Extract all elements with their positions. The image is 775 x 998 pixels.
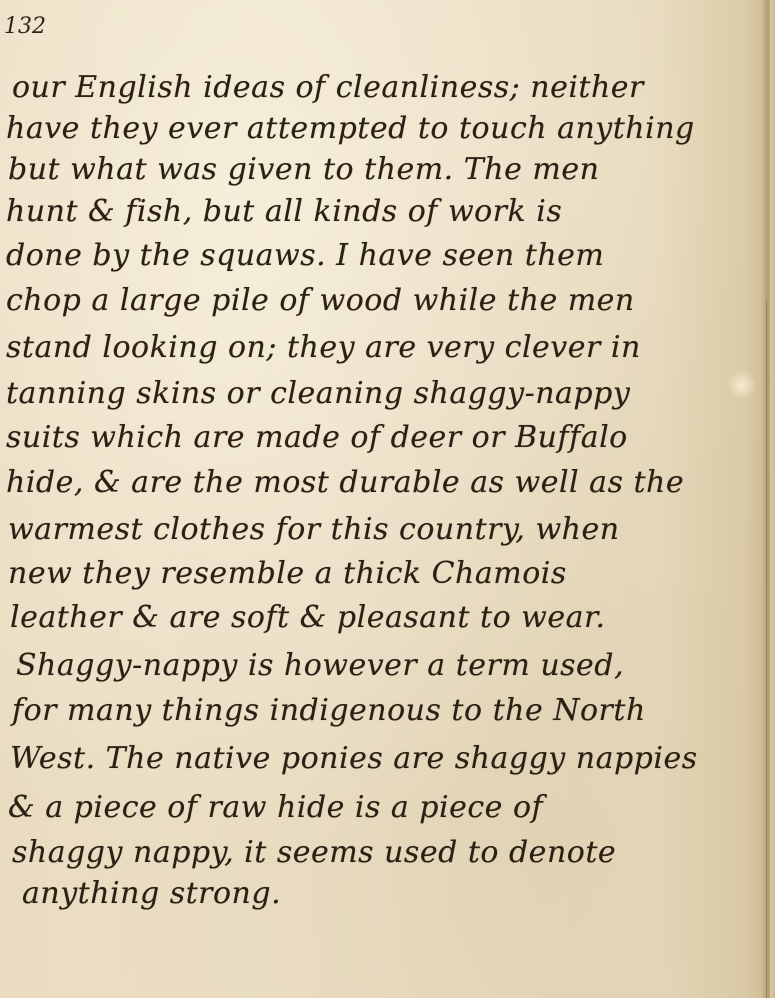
text-line-12: new they resemble a thick Chamois [8, 556, 567, 591]
text-line-7: stand looking on; they are very clever i… [6, 330, 641, 365]
gutter-edge-line [766, 300, 767, 998]
text-line-10: hide, & are the most durable as well as … [6, 465, 684, 500]
text-line-17: & a piece of raw hide is a piece of [8, 790, 543, 825]
text-line-13: leather & are soft & pleasant to wear. [10, 600, 606, 635]
text-line-16: West. The native ponies are shaggy nappi… [10, 741, 698, 776]
text-line-14: Shaggy-nappy is however a term used, [16, 648, 624, 683]
text-line-3: but what was given to them. The men [8, 152, 599, 187]
manuscript-page: 132 our English ideas of cleanliness; ne… [0, 0, 775, 998]
text-line-1: our English ideas of cleanliness; neithe… [12, 70, 644, 105]
text-line-18: shaggy nappy, it seems used to denote [12, 835, 616, 870]
text-line-9: suits which are made of deer or Buffalo [6, 420, 628, 455]
text-line-5: done by the squaws. I have seen them [6, 238, 604, 273]
paper-stain [727, 370, 757, 400]
book-gutter [761, 0, 775, 998]
text-line-8: tanning skins or cleaning shaggy-nappy [6, 376, 630, 411]
text-line-6: chop a large pile of wood while the men [6, 283, 635, 318]
page-number: 132 [4, 14, 46, 39]
text-line-4: hunt & fish, but all kinds of work is [6, 194, 562, 229]
text-line-15: for many things indigenous to the North [12, 693, 646, 728]
text-line-19: anything strong. [22, 876, 281, 911]
text-line-2: have they ever attempted to touch anythi… [6, 111, 695, 146]
text-line-11: warmest clothes for this country, when [8, 512, 620, 547]
